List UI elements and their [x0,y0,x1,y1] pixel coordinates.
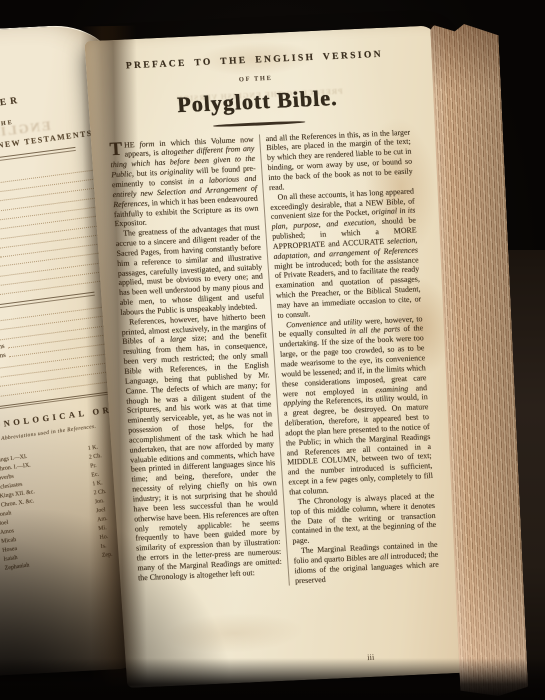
right-text-column: and all the References in this, as in th… [259,127,439,586]
antique-book-photo: ENGLISH VERSION ORDER OF THE OF THE OLD … [0,0,545,700]
paragraph: Convenience and utility were, however, t… [278,314,434,497]
preface-title-line1: PREFACE TO THE ENGLISH VERSION [104,49,405,73]
paragraph: On all these accounts, it has long appea… [269,186,422,320]
paragraph: and all the References in this, as in th… [265,127,413,193]
bottom-shadow [0,658,545,700]
drop-cap: T [109,141,123,158]
paragraph: The Chronology is always placed at the t… [290,491,438,547]
paragraph: THE form in which this Volume now appear… [109,134,259,229]
paragraph: The greatness of the advantages that mus… [115,223,265,318]
paragraph: The Marginal Readings contained in the f… [293,540,440,586]
preface-title-line3: Polyglott Bible. [106,82,408,122]
swelled-rule [213,120,305,127]
